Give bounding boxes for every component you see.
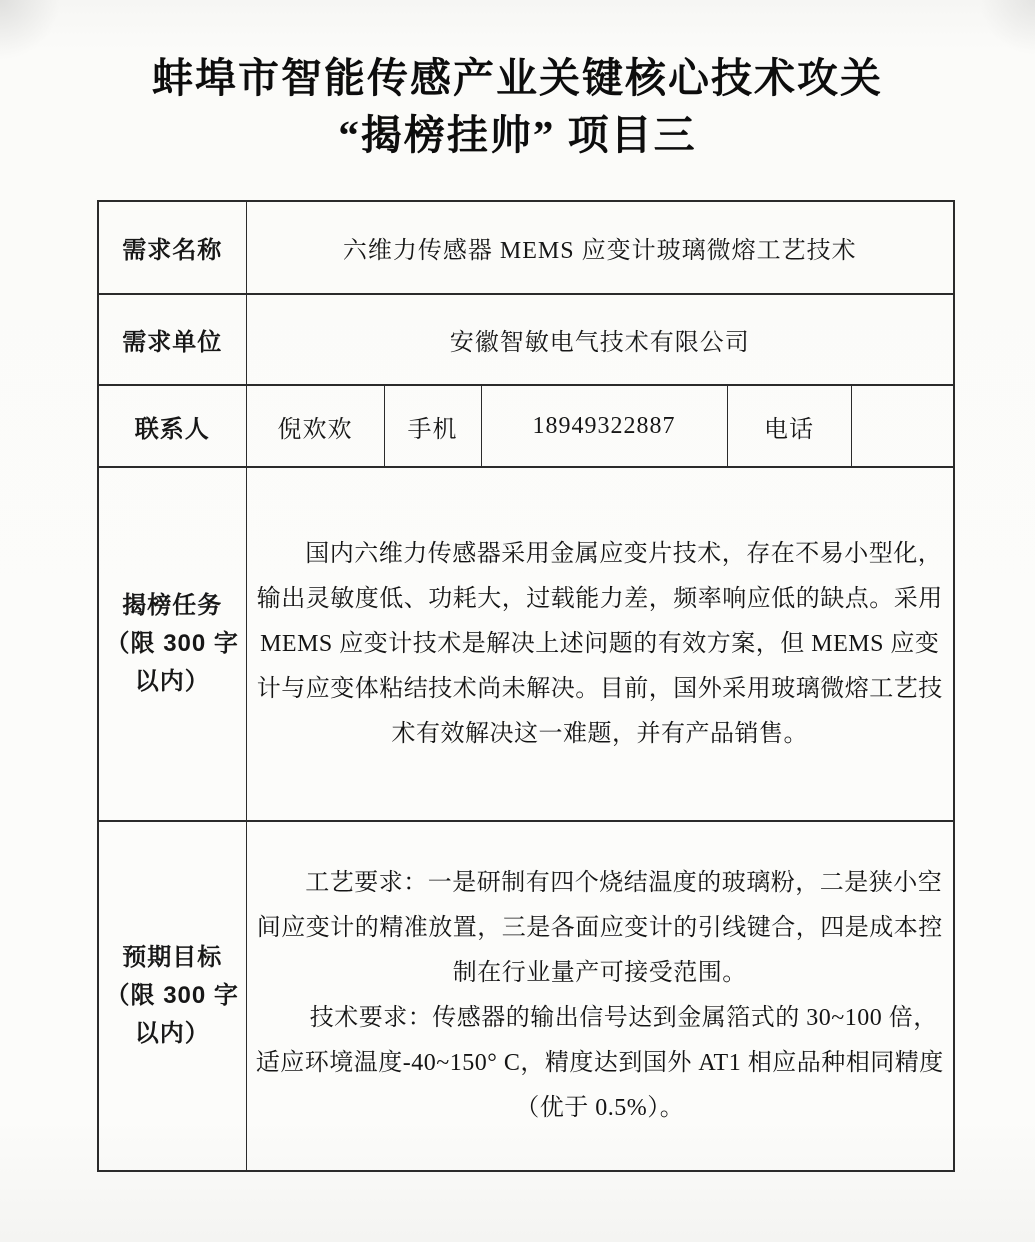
table-row-contact: 联系人 倪欢欢 手机 18949322887 电话 <box>98 385 954 467</box>
goal-label-line-1: 预期目标 <box>105 939 240 977</box>
task-content-cell: 国内六维力传感器采用金属应变片技术，存在不易小型化，输出灵敏度低、功耗大，过载能… <box>246 467 954 821</box>
task-label-line-2: （限 300 字 <box>105 625 240 663</box>
table-row-goal: 预期目标 （限 300 字 以内） 工艺要求：一是研制有四个烧结温度的玻璃粉，二… <box>98 821 954 1171</box>
document-title-line-2: “揭榜挂帅” 项目三 <box>0 107 1035 164</box>
goal-content-cell: 工艺要求：一是研制有四个烧结温度的玻璃粉，二是狭小空间应变计的精准放置，三是各面… <box>246 821 954 1171</box>
requirement-table: 需求名称 六维力传感器 MEMS 应变计玻璃微熔工艺技术 需求单位 安徽智敏电气… <box>97 200 955 1172</box>
contact-name-value: 倪欢欢 <box>246 385 384 467</box>
phone-number-value <box>851 385 954 467</box>
table-row-requirement-unit: 需求单位 安徽智敏电气技术有限公司 <box>98 294 954 385</box>
task-label-line-3: 以内） <box>105 663 240 701</box>
phone-label: 电话 <box>727 385 851 467</box>
contact-label: 联系人 <box>98 385 246 467</box>
requirement-unit-label: 需求单位 <box>98 294 246 385</box>
task-label: 揭榜任务 （限 300 字 以内） <box>98 467 246 821</box>
goal-paragraph-process: 工艺要求：一是研制有四个烧结温度的玻璃粉，二是狭小空间应变计的精准放置，三是各面… <box>253 861 948 996</box>
requirement-unit-value: 安徽智敏电气技术有限公司 <box>246 294 954 385</box>
table-row-task: 揭榜任务 （限 300 字 以内） 国内六维力传感器采用金属应变片技术，存在不易… <box>98 467 954 821</box>
document-title-line-1: 蚌埠市智能传感产业关键核心技术攻关 <box>0 50 1035 107</box>
goal-label-line-2: （限 300 字 <box>105 977 240 1015</box>
goal-paragraph-technical: 技术要求：传感器的输出信号达到金属箔式的 30~100 倍，适应环境温度-40~… <box>253 996 948 1131</box>
mobile-label: 手机 <box>384 385 481 467</box>
task-paragraph: 国内六维力传感器采用金属应变片技术，存在不易小型化，输出灵敏度低、功耗大，过载能… <box>253 532 948 757</box>
task-label-line-1: 揭榜任务 <box>105 587 240 625</box>
goal-label-line-3: 以内） <box>105 1015 240 1053</box>
document-title: 蚌埠市智能传感产业关键核心技术攻关 “揭榜挂帅” 项目三 <box>0 50 1035 164</box>
scanned-document-page: 蚌埠市智能传感产业关键核心技术攻关 “揭榜挂帅” 项目三 需求名称 六维力传感器… <box>0 0 1035 1242</box>
requirement-name-label: 需求名称 <box>98 201 246 294</box>
mobile-number-value: 18949322887 <box>481 385 727 467</box>
table-row-requirement-name: 需求名称 六维力传感器 MEMS 应变计玻璃微熔工艺技术 <box>98 201 954 294</box>
goal-label: 预期目标 （限 300 字 以内） <box>98 821 246 1171</box>
requirement-name-value: 六维力传感器 MEMS 应变计玻璃微熔工艺技术 <box>246 201 954 294</box>
